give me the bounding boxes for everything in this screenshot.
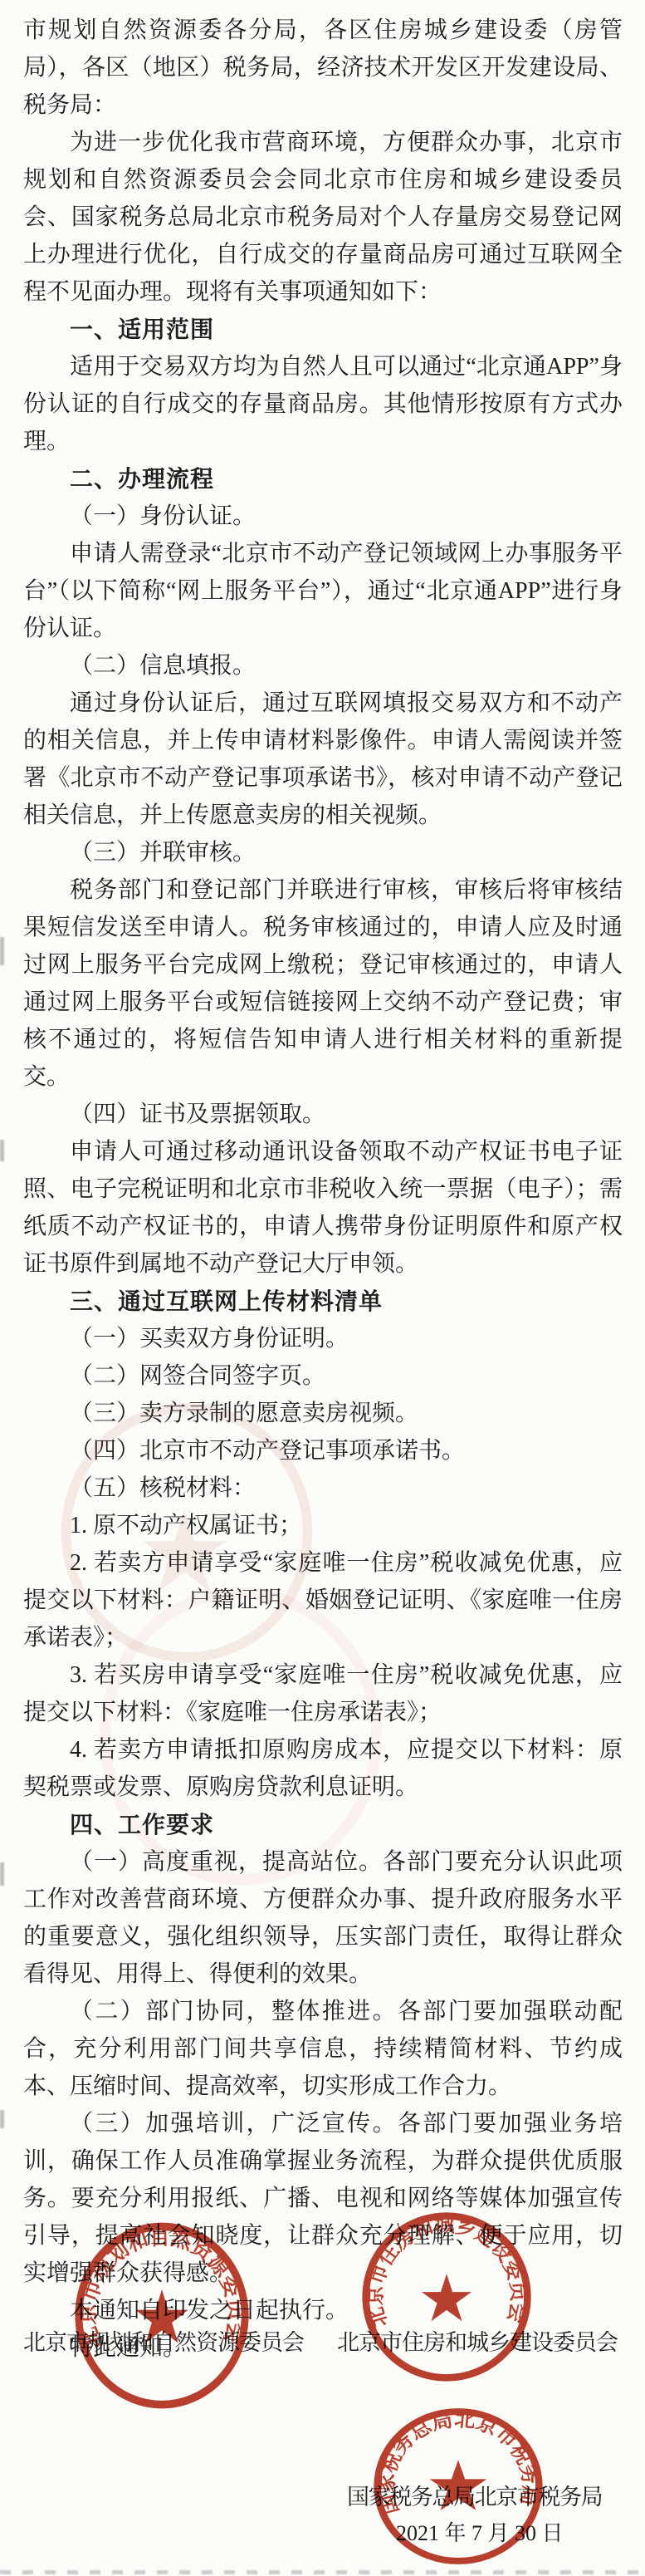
paragraph: （一）身份认证。 (23, 498, 623, 535)
paragraph: 1. 原不动产权属证书； (23, 1507, 623, 1544)
section-heading: 三、通过互联网上传材料清单 (23, 1283, 623, 1320)
scan-artifact (0, 2570, 645, 2574)
official-seal-housing: 北京市住房和城乡建设委员会 (359, 2210, 534, 2384)
official-seal-tax: 国家税务总局北京市税务局 (371, 2406, 545, 2567)
paragraph: 为进一步优化我市营商环境，方便群众办事，北京市规划和自然资源委员会会同北京市住房… (23, 124, 623, 311)
paragraph: （一）买卖双方身份证明。 (23, 1320, 623, 1357)
svg-text:北京市规划和自然资源委员会: 北京市规划和自然资源委员会 (74, 2222, 249, 2352)
svg-text:北京市住房和城乡建设委员会: 北京市住房和城乡建设委员会 (361, 2211, 533, 2330)
paragraph: 市规划自然资源委各分局，各区住房城乡建设委（房管局），各区（地区）税务局，经济技… (23, 12, 623, 124)
paragraph: 适用于交易双方均为自然人且可以通过“北京通APP”身份认证的自行成交的存量商品房… (23, 348, 623, 460)
section-heading: 二、办理流程 (23, 460, 623, 498)
paragraph: （四）证书及票据领取。 (23, 1096, 623, 1133)
paragraph: 3. 若买房申请享受“家庭唯一住房”税收减免优惠，应提交以下材料：《家庭唯一住房… (23, 1656, 623, 1731)
paragraph: 4. 若卖方申请抵扣原购房成本，应提交以下材料：原契税票或发票、原购房贷款利息证… (23, 1731, 623, 1806)
paragraph: 通过身份认证后，通过互联网填报交易双方和不动产的相关信息，并上传申请材料影像件。… (23, 684, 623, 834)
paragraph: （二）信息填报。 (23, 647, 623, 684)
scan-artifact (0, 2110, 4, 2128)
paragraph: （三）卖方录制的愿意卖房视频。 (23, 1395, 623, 1432)
star-icon (430, 2460, 487, 2510)
section-heading: 四、工作要求 (23, 1806, 623, 1843)
scanned-notice-page: 市规划自然资源委各分局，各区住房城乡建设委（房管局），各区（地区）税务局，经济技… (0, 0, 645, 2576)
paragraph: （三）并联审核。 (23, 834, 623, 871)
section-heading: 一、适用范围 (23, 311, 623, 348)
scan-artifact (0, 1862, 4, 1886)
paragraph: 2. 若卖方申请享受“家庭唯一住房”税收减免优惠，应提交以下材料：户籍证明、婚姻… (23, 1544, 623, 1656)
paragraph: 税务部门和登记部门并联进行审核，审核后将审核结果短信发送至申请人。税务审核通过的… (23, 871, 623, 1096)
paragraph: （五）核税材料： (23, 1470, 623, 1507)
official-seal-planning: 北京市规划和自然资源委员会 (72, 2220, 252, 2412)
paragraph: （四）北京市不动产登记事项承诺书。 (23, 1432, 623, 1470)
document-body: 市规划自然资源委各分局，各区住房城乡建设委（房管局），各区（地区）税务局，经济技… (23, 12, 623, 2367)
scan-artifact (0, 1140, 4, 1161)
paragraph: 申请人需登录“北京市不动产登记领域网上办事服务平台”（以下简称“网上服务平台”）… (23, 535, 623, 647)
paragraph: 申请人可通过移动通讯设备领取不动产权证书电子证照、电子完税证明和北京市非税收入统… (23, 1133, 623, 1283)
star-icon (422, 2274, 472, 2321)
paragraph: （二）网签合同签字页。 (23, 1357, 623, 1395)
paragraph: （一）高度重视，提高站位。各部门要充分认识此项工作对改善营商环境、方便群众办事、… (23, 1843, 623, 1993)
star-icon (135, 2289, 188, 2343)
scan-artifact (0, 937, 4, 965)
paragraph: （二）部门协同，整体推进。各部门要加强联动配合，充分利用部门间共享信息，持续精简… (23, 1993, 623, 2105)
